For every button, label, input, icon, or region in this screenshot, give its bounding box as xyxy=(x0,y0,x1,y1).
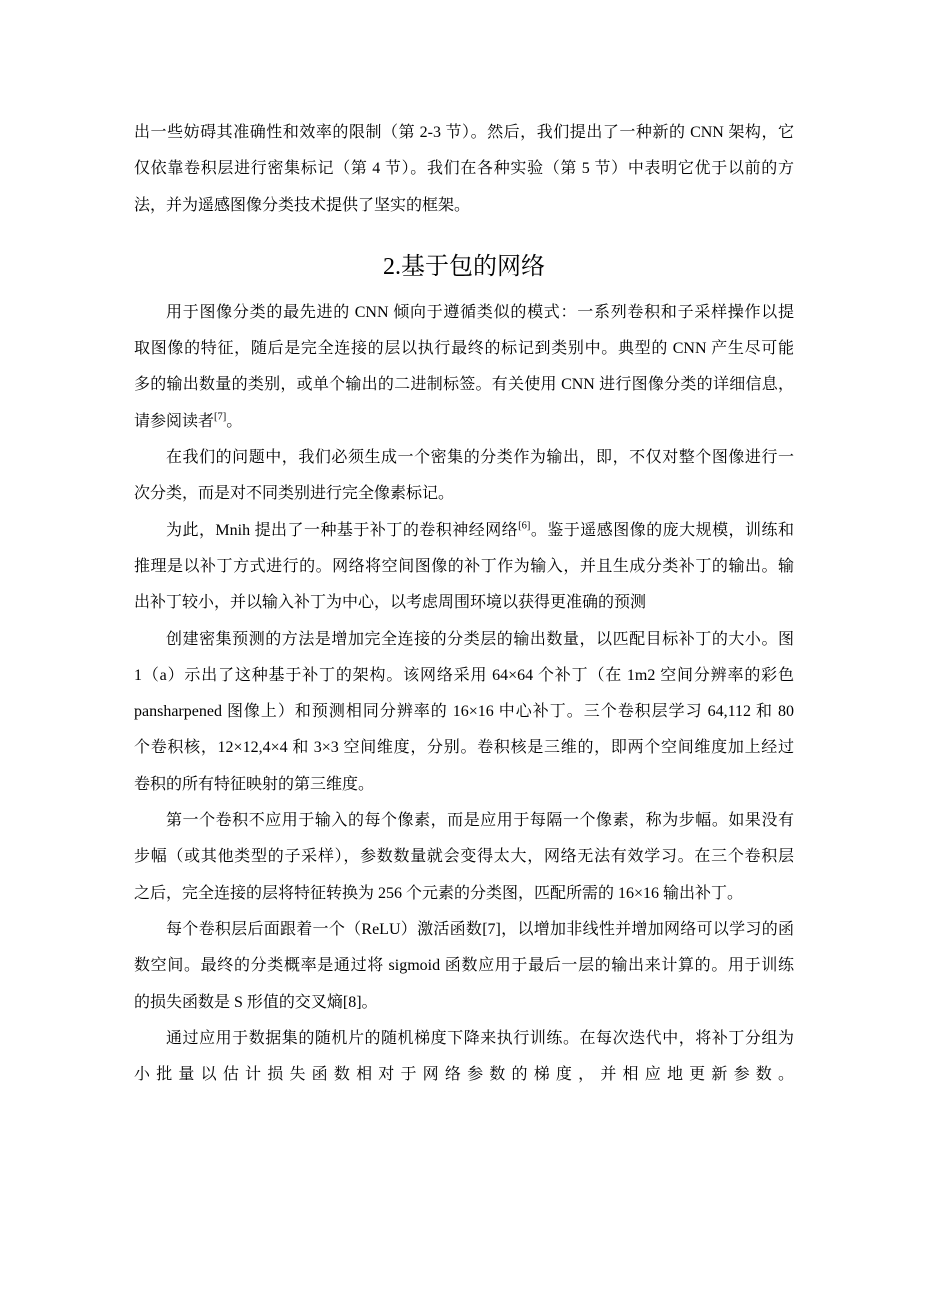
text-line: 取图像的特征，随后是完全连接的层以执行最终的标记到类别中。典型的 CNN 产生尽… xyxy=(134,331,794,367)
text-line: 次分类，而是对不同类别进行完全像素标记。 xyxy=(134,476,794,512)
paragraph: 通过应用于数据集的随机片的随机梯度下降来执行训练。在每次迭代中，将补丁分组为小批… xyxy=(134,1021,794,1094)
text-segment: 小批量以估计损失函数相对于网络参数的梯度，并相应地更新参数。 xyxy=(134,1066,794,1083)
text-line: 第一个卷积不应用于输入的每个像素，而是应用于每隔一个像素，称为步幅。如果没有 xyxy=(134,803,794,839)
text-line: 卷积的所有特征映射的第三维度。 xyxy=(134,767,794,803)
document-body: 出一些妨碍其准确性和效率的限制（第 2-3 节）。然后，我们提出了一种新的 CN… xyxy=(134,115,794,1093)
text-segment: 通过应用于数据集的随机片的随机梯度下降来执行训练。在每次迭代中，将补丁分组为 xyxy=(166,1030,794,1047)
document-page: 出一些妨碍其准确性和效率的限制（第 2-3 节）。然后，我们提出了一种新的 CN… xyxy=(0,0,926,1309)
text-line: 请参阅读者[7]。 xyxy=(134,404,794,440)
text-line: 用于图像分类的最先进的 CNN 倾向于遵循类似的模式：一系列卷积和子采样操作以提 xyxy=(134,295,794,331)
text-segment: 请参阅读者 xyxy=(134,413,214,430)
paragraph: 每个卷积层后面跟着一个（ReLU）激活函数[7]，以增加非线性并增加网络可以学习… xyxy=(134,912,794,1021)
text-segment: 第一个卷积不应用于输入的每个像素，而是应用于每隔一个像素，称为步幅。如果没有 xyxy=(166,812,794,829)
text-segment: 。鉴于遥感图像的庞大规模，训练和 xyxy=(530,522,794,539)
text-line: 小批量以估计损失函数相对于网络参数的梯度，并相应地更新参数。 xyxy=(134,1057,794,1093)
text-line: 多的输出数量的类别，或单个输出的二进制标签。有关使用 CNN 进行图像分类的详细… xyxy=(134,367,794,403)
text-line: 创建密集预测的方法是增加完全连接的分类层的输出数量，以匹配目标补丁的大小。图 xyxy=(134,622,794,658)
text-segment: 的损失函数是 S 形值的交叉熵[8]。 xyxy=(134,994,378,1011)
text-segment: 仅依靠卷积层进行密集标记（第 4 节）。我们在各种实验（第 5 节）中表明它优于… xyxy=(134,160,794,177)
text-segment: 数空间。最终的分类概率是通过将 sigmoid 函数应用于最后一层的输出来计算的… xyxy=(134,957,794,974)
text-line: 为此，Mnih 提出了一种基于补丁的卷积神经网络[6]。鉴于遥感图像的庞大规模，… xyxy=(134,513,794,549)
text-line: 在我们的问题中，我们必须生成一个密集的分类作为输出，即，不仅对整个图像进行一 xyxy=(134,440,794,476)
paragraph: 在我们的问题中，我们必须生成一个密集的分类作为输出，即，不仅对整个图像进行一次分… xyxy=(134,440,794,513)
text-segment: 每个卷积层后面跟着一个（ReLU）激活函数[7]，以增加非线性并增加网络可以学习… xyxy=(166,921,794,938)
text-segment: 法，并为遥感图像分类技术提供了坚实的框架。 xyxy=(134,197,470,214)
text-segment: 之后，完全连接的层将特征转换为 256 个元素的分类图，匹配所需的 16×16 … xyxy=(134,885,743,902)
text-segment: 创建密集预测的方法是增加完全连接的分类层的输出数量，以匹配目标补丁的大小。图 xyxy=(166,631,794,648)
text-line: 数空间。最终的分类概率是通过将 sigmoid 函数应用于最后一层的输出来计算的… xyxy=(134,948,794,984)
text-line: 通过应用于数据集的随机片的随机梯度下降来执行训练。在每次迭代中，将补丁分组为 xyxy=(134,1021,794,1057)
text-line: 的损失函数是 S 形值的交叉熵[8]。 xyxy=(134,985,794,1021)
text-segment: 出一些妨碍其准确性和效率的限制（第 2-3 节）。然后，我们提出了一种新的 CN… xyxy=(134,124,794,141)
text-line: 出一些妨碍其准确性和效率的限制（第 2-3 节）。然后，我们提出了一种新的 CN… xyxy=(134,115,794,151)
text-segment: 卷积的所有特征映射的第三维度。 xyxy=(134,776,374,793)
text-line: 仅依靠卷积层进行密集标记（第 4 节）。我们在各种实验（第 5 节）中表明它优于… xyxy=(134,151,794,187)
text-line: 法，并为遥感图像分类技术提供了坚实的框架。 xyxy=(134,188,794,224)
paragraph: 创建密集预测的方法是增加完全连接的分类层的输出数量，以匹配目标补丁的大小。图1（… xyxy=(134,622,794,803)
text-line: 出补丁较小，并以输入补丁为中心，以考虑周围环境以获得更准确的预测 xyxy=(134,585,794,621)
text-line: 每个卷积层后面跟着一个（ReLU）激活函数[7]，以增加非线性并增加网络可以学习… xyxy=(134,912,794,948)
text-segment: 。 xyxy=(226,413,242,430)
text-segment: 用于图像分类的最先进的 CNN 倾向于遵循类似的模式：一系列卷积和子采样操作以提 xyxy=(166,304,794,321)
paragraph-group-intro: 出一些妨碍其准确性和效率的限制（第 2-3 节）。然后，我们提出了一种新的 CN… xyxy=(134,115,794,224)
text-segment: 1（a）示出了这种基于补丁的架构。该网络采用 64×64 个补丁（在 1m2 空… xyxy=(134,667,794,684)
text-segment: 出补丁较小，并以输入补丁为中心，以考虑周围环境以获得更准确的预测 xyxy=(134,594,646,611)
text-line: 之后，完全连接的层将特征转换为 256 个元素的分类图，匹配所需的 16×16 … xyxy=(134,876,794,912)
text-line: 1（a）示出了这种基于补丁的架构。该网络采用 64×64 个补丁（在 1m2 空… xyxy=(134,658,794,694)
text-segment: 推理是以补丁方式进行的。网络将空间图像的补丁作为输入，并且生成分类补丁的输出。输 xyxy=(134,558,794,575)
citation-superscript: [6] xyxy=(518,520,530,531)
paragraph-group-body: 用于图像分类的最先进的 CNN 倾向于遵循类似的模式：一系列卷积和子采样操作以提… xyxy=(134,295,794,1094)
paragraph: 出一些妨碍其准确性和效率的限制（第 2-3 节）。然后，我们提出了一种新的 CN… xyxy=(134,115,794,224)
paragraph: 用于图像分类的最先进的 CNN 倾向于遵循类似的模式：一系列卷积和子采样操作以提… xyxy=(134,295,794,440)
text-line: pansharpened 图像上）和预测相同分辨率的 16×16 中心补丁。三个… xyxy=(134,694,794,730)
paragraph: 第一个卷积不应用于输入的每个像素，而是应用于每隔一个像素，称为步幅。如果没有步幅… xyxy=(134,803,794,912)
paragraph: 为此，Mnih 提出了一种基于补丁的卷积神经网络[6]。鉴于遥感图像的庞大规模，… xyxy=(134,513,794,622)
text-segment: 在我们的问题中，我们必须生成一个密集的分类作为输出，即，不仅对整个图像进行一 xyxy=(166,449,794,466)
section-heading: 2.基于包的网络 xyxy=(134,245,794,289)
text-line: 个卷积核，12×12,4×4 和 3×3 空间维度，分别。卷积核是三维的，即两个… xyxy=(134,730,794,766)
text-segment: 步幅（或其他类型的子采样），参数数量就会变得太大，网络无法有效学习。在三个卷积层 xyxy=(134,848,794,865)
text-segment: 多的输出数量的类别，或单个输出的二进制标签。有关使用 CNN 进行图像分类的详细… xyxy=(134,376,794,393)
text-segment: 取图像的特征，随后是完全连接的层以执行最终的标记到类别中。典型的 CNN 产生尽… xyxy=(134,340,794,357)
citation-superscript: [7] xyxy=(214,411,226,422)
text-segment: 次分类，而是对不同类别进行完全像素标记。 xyxy=(134,485,454,502)
text-line: 推理是以补丁方式进行的。网络将空间图像的补丁作为输入，并且生成分类补丁的输出。输 xyxy=(134,549,794,585)
text-segment: pansharpened 图像上）和预测相同分辨率的 16×16 中心补丁。三个… xyxy=(134,703,794,720)
text-segment: 为此，Mnih 提出了一种基于补丁的卷积神经网络 xyxy=(166,522,518,539)
text-line: 步幅（或其他类型的子采样），参数数量就会变得太大，网络无法有效学习。在三个卷积层 xyxy=(134,839,794,875)
text-segment: 个卷积核，12×12,4×4 和 3×3 空间维度，分别。卷积核是三维的，即两个… xyxy=(134,739,794,756)
